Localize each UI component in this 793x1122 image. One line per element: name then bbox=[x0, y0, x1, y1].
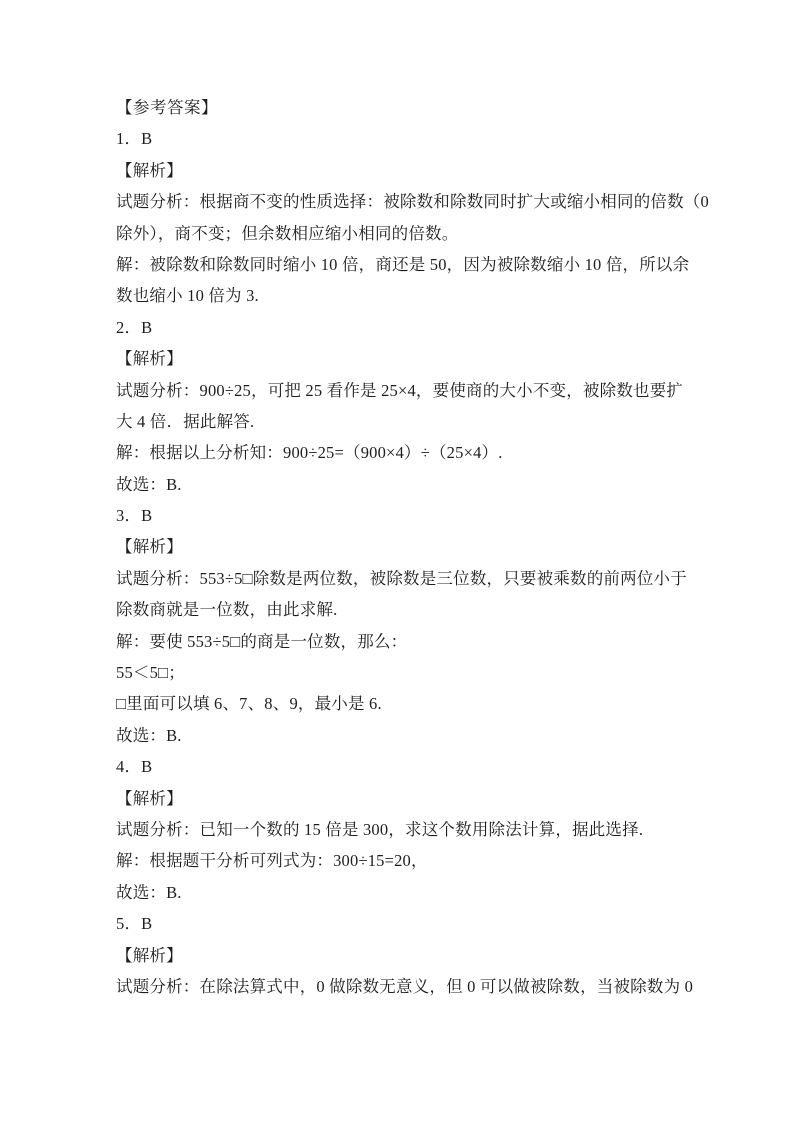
text-line: 试题分析：在除法算式中，0 做除数无意义，但 0 可以做被除数，当被除数为 0 bbox=[116, 971, 682, 1002]
text-line: □里面可以填 6、7、8、9，最小是 6. bbox=[116, 688, 682, 719]
text-line: 解：根据以上分析知：900÷25=（900×4）÷（25×4）. bbox=[116, 437, 682, 468]
analysis-header: 【解析】 bbox=[116, 531, 682, 562]
text-line: 55＜5□； bbox=[116, 657, 682, 688]
answer-section-5: 5．B 【解析】 试题分析：在除法算式中，0 做除数无意义，但 0 可以做被除数… bbox=[116, 908, 682, 1002]
text-line: 除数商就是一位数，由此求解. bbox=[116, 594, 682, 625]
answer-document: 【参考答案】 1．B 【解析】 试题分析：根据商不变的性质选择：被除数和除数同时… bbox=[116, 92, 682, 1002]
answer-section-2: 2．B 【解析】 试题分析：900÷25，可把 25 看作是 25×4，要使商的… bbox=[116, 312, 682, 500]
text-line: 试题分析：900÷25，可把 25 看作是 25×4，要使商的大小不变，被除数也… bbox=[116, 375, 682, 406]
analysis-header: 【解析】 bbox=[116, 155, 682, 186]
answer-line: 2．B bbox=[116, 312, 682, 343]
text-line: 故选：B. bbox=[116, 469, 682, 500]
answer-line: 5．B bbox=[116, 908, 682, 939]
text-line: 数也缩小 10 倍为 3. bbox=[116, 280, 682, 311]
text-line: 解：根据题干分析可列式为：300÷15=20， bbox=[116, 845, 682, 876]
analysis-header: 【解析】 bbox=[116, 783, 682, 814]
text-line: 试题分析：553÷5□除数是两位数，被除数是三位数，只要被乘数的前两位小于 bbox=[116, 563, 682, 594]
answer-section-4: 4．B 【解析】 试题分析：已知一个数的 15 倍是 300，求这个数用除法计算… bbox=[116, 751, 682, 908]
text-line: 大 4 倍．据此解答. bbox=[116, 406, 682, 437]
text-line: 解：被除数和除数同时缩小 10 倍，商还是 50，因为被除数缩小 10 倍，所以… bbox=[116, 249, 682, 280]
document-page: 【参考答案】 1．B 【解析】 试题分析：根据商不变的性质选择：被除数和除数同时… bbox=[0, 0, 793, 1122]
text-line: 试题分析：已知一个数的 15 倍是 300，求这个数用除法计算，据此选择. bbox=[116, 814, 682, 845]
answer-line: 4．B bbox=[116, 751, 682, 782]
analysis-header: 【解析】 bbox=[116, 343, 682, 374]
answer-section-1: 1．B 【解析】 试题分析：根据商不变的性质选择：被除数和除数同时扩大或缩小相同… bbox=[116, 123, 682, 311]
text-line: 故选：B. bbox=[116, 877, 682, 908]
answer-section-3: 3．B 【解析】 试题分析：553÷5□除数是两位数，被除数是三位数，只要被乘数… bbox=[116, 500, 682, 751]
text-line: 除外），商不变；但余数相应缩小相同的倍数。 bbox=[116, 218, 682, 249]
answer-line: 3．B bbox=[116, 500, 682, 531]
text-line: 试题分析：根据商不变的性质选择：被除数和除数同时扩大或缩小相同的倍数（0 bbox=[116, 186, 682, 217]
text-line: 故选：B. bbox=[116, 720, 682, 751]
document-title: 【参考答案】 bbox=[116, 92, 682, 123]
answer-line: 1．B bbox=[116, 123, 682, 154]
analysis-header: 【解析】 bbox=[116, 940, 682, 971]
text-line: 解：要使 553÷5□的商是一位数，那么： bbox=[116, 626, 682, 657]
